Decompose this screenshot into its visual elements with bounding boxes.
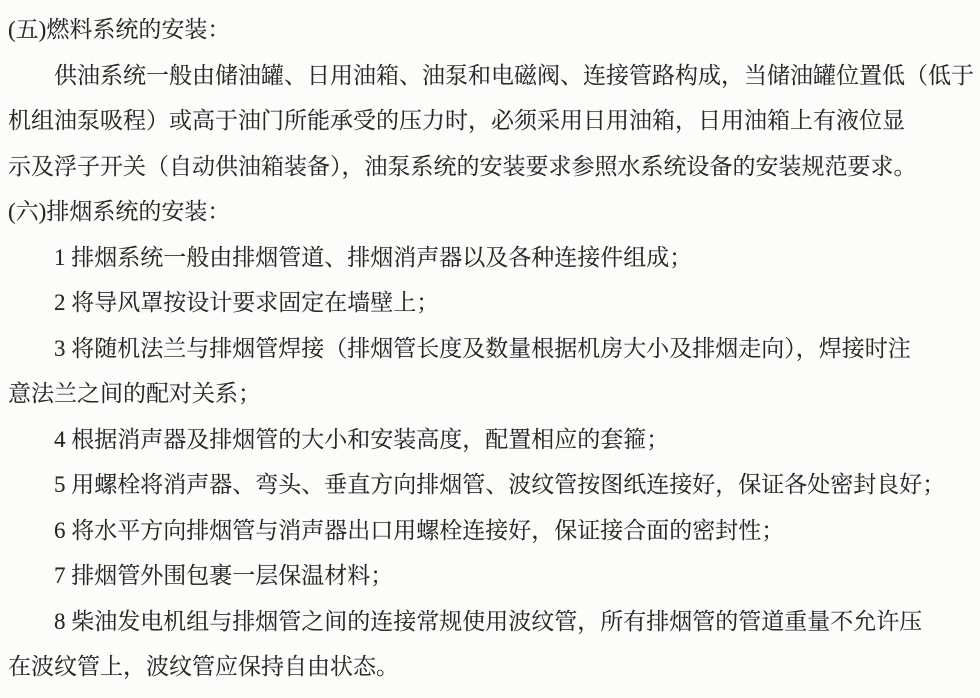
document-page: (五)燃料系统的安装： 供油系统一般由储油罐、日用油箱、油泵和电磁阀、连接管路构… <box>0 0 980 698</box>
paragraph-fuel-supply-line-3: 示及浮子开关（自动供油箱装备），油泵系统的安装要求参照水系统设备的安装规范要求。 <box>8 144 976 190</box>
list-item-1: 1 排烟系统一般由排烟管道、排烟消声器以及各种连接件组成； <box>8 235 976 281</box>
section-heading-fuel-system: (五)燃料系统的安装： <box>8 7 976 53</box>
list-item-5: 5 用螺栓将消声器、弯头、垂直方向排烟管、波纹管按图纸连接好，保证各处密封良好； <box>8 462 976 508</box>
list-item-4: 4 根据消声器及排烟管的大小和安装高度，配置相应的套箍； <box>8 417 976 463</box>
list-item-8-line-2: 在波纹管上，波纹管应保持自由状态。 <box>8 644 976 690</box>
list-item-3-line-2: 意法兰之间的配对关系； <box>8 371 976 417</box>
section-heading-exhaust-system: (六)排烟系统的安装： <box>8 189 976 235</box>
list-item-3-line-1: 3 将随机法兰与排烟管焊接（排烟管长度及数量根据机房大小及排烟走向），焊接时注 <box>8 326 976 372</box>
paragraph-fuel-supply-line-2: 机组油泵吸程）或高于油门所能承受的压力时，必须采用日用油箱，日用油箱上有液位显 <box>8 98 976 144</box>
list-item-2: 2 将导风罩按设计要求固定在墙壁上； <box>8 280 976 326</box>
list-item-8-line-1: 8 柴油发电机组与排烟管之间的连接常规使用波纹管，所有排烟管的管道重量不允许压 <box>8 599 976 645</box>
paragraph-fuel-supply-line-1: 供油系统一般由储油罐、日用油箱、油泵和电磁阀、连接管路构成，当储油罐位置低（低于 <box>8 53 976 99</box>
list-item-6: 6 将水平方向排烟管与消声器出口用螺栓连接好，保证接合面的密封性； <box>8 508 976 554</box>
list-item-7: 7 排烟管外围包裹一层保温材料； <box>8 553 976 599</box>
